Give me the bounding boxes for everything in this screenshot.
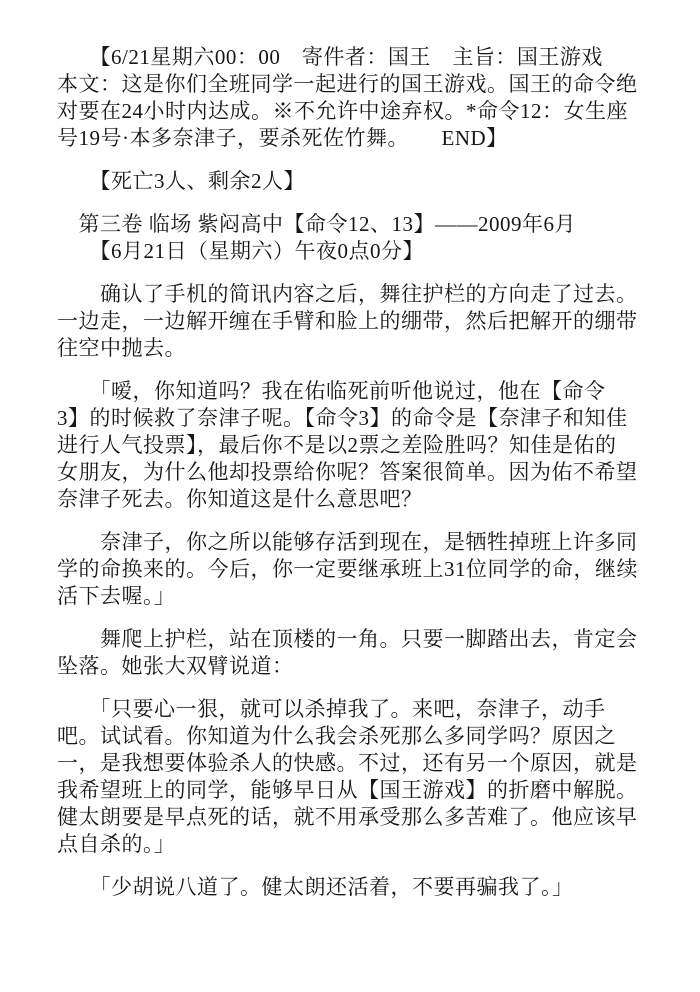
text-content: 【6/21星期六00：00 寄件者：国王 主旨：国王游戏 本文：这是你们全班同学… (57, 44, 650, 901)
novel-page: 【6/21星期六00：00 寄件者：国王 主旨：国王游戏 本文：这是你们全班同学… (0, 0, 700, 992)
narration-paragraph-1: 确认了手机的简讯内容之后，舞往护栏的方向走了过去。 一边走，一边解开缠在手臂和脸… (57, 281, 650, 362)
chapter-heading: 第三卷 临场 紫闷高中【命令12、13】——2009年6月 【6月21日（星期六… (57, 211, 650, 265)
dialogue-paragraph-3: 「只要心一狠，就可以杀掉我了。来吧，奈津子，动手 吧。试试看。你知道为什么我会杀… (57, 696, 650, 858)
dialogue-paragraph-1: 「嗳，你知道吗？我在佑临死前听他说过，他在【命令 3】的时候救了奈津子呢。【命令… (57, 378, 650, 513)
dialogue-paragraph-2: 奈津子，你之所以能够存活到现在，是牺牲掉班上许多同 学的命换来的。今后，你一定要… (57, 529, 650, 610)
death-status-line: 【死亡3人、剩余2人】 (57, 168, 650, 195)
narration-paragraph-2: 舞爬上护栏，站在顶楼的一角。只要一脚踏出去，肯定会 坠落。她张大双臂说道： (57, 626, 650, 680)
dialogue-paragraph-4: 「少胡说八道了。健太朗还活着，不要再骗我了。」 (57, 874, 650, 901)
king-mail-message: 【6/21星期六00：00 寄件者：国王 主旨：国王游戏 本文：这是你们全班同学… (57, 44, 650, 152)
